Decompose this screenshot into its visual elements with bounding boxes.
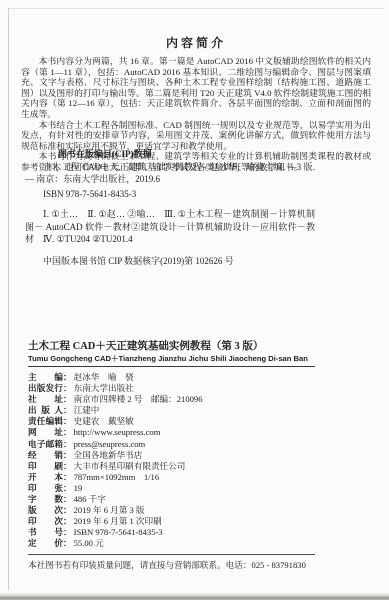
colophon-row-separator: ： [63, 372, 72, 383]
colophon-row-label: 印张 [28, 483, 63, 494]
colophon-rows: 主编：赵冰华 喻 骁 出版发行：东南大学出版社 社址：南京市四牌楼 2 号 邮编… [28, 372, 315, 550]
colophon-row-separator: ： [63, 483, 72, 494]
cip-registration: 中国版本图书馆 CIP 数据核字(2019)第 102626 号 [25, 255, 315, 268]
colophon-row-label: 开本 [28, 472, 63, 483]
colophon-row: 电子邮箱：press@seupress.com [28, 439, 315, 450]
colophon-row-value: 787mm×1092mm 1/16 [74, 472, 160, 483]
divider-under-title [28, 366, 315, 367]
cip-classification: Ⅰ. ①土… Ⅱ. ①赵… ②喻… Ⅲ. ①土木工程－建筑制图－计算机制图－ A… [25, 208, 315, 246]
colophon-row: 字数：486 千字 [28, 494, 315, 505]
colophon-row-value: 赵冰华 喻 骁 [74, 372, 134, 383]
colophon-row: 印次：2019 年 6 月第 1 次印刷 [28, 516, 315, 527]
colophon-row-label: 印次 [28, 516, 63, 527]
colophon-row-label: 社址 [28, 394, 63, 405]
scan-edge-top [8, 8, 385, 9]
cip-section: 图书在版编目(CIP)数据 土木工程 CAD＋天正建筑基础实例教程 / 赵冰华，… [25, 148, 315, 267]
colophon-row-label: 版次 [28, 505, 63, 516]
colophon-row-value: ISBN 978-7-5641-8435-3 [74, 527, 163, 538]
colophon-row-separator: ： [63, 439, 72, 450]
colophon-row: 经销：全国各地新华书店 [28, 450, 315, 461]
cip-isbn: ISBN 978-7-5641-8435-3 [25, 188, 315, 201]
colophon-row: 社址：南京市四牌楼 2 号 邮编：210096 [28, 394, 315, 405]
colophon-row: 印刷：大丰市科星印刷有限责任公司 [28, 461, 315, 472]
colophon-row: 版次：2019 年 6 月第 3 版 [28, 505, 315, 516]
colophon-row-label: 出版发行 [28, 383, 63, 394]
colophon-row-label: 责任编辑 [28, 416, 63, 427]
colophon-row: 出版人：江建中 [28, 405, 315, 416]
summary-title: 内容简介 [21, 34, 371, 51]
colophon-row-separator: ： [63, 516, 72, 527]
colophon-row-separator: ： [63, 450, 72, 461]
colophon-row-separator: ： [63, 505, 72, 516]
colophon-row-separator: ： [63, 383, 72, 394]
colophon-row-separator: ： [63, 394, 72, 405]
colophon-row-value: 486 千字 [74, 494, 106, 505]
colophon-row-value: 南京市四牌楼 2 号 邮编：210096 [74, 394, 203, 405]
colophon-row-value: http://www.seupress.com [74, 427, 161, 438]
colophon-row-separator: ： [63, 427, 72, 438]
colophon-row-value: 大丰市科星印刷有限责任公司 [74, 461, 186, 472]
quality-note: 本社图书若有印装质量问题，请直接与营销部联系。电话：025 - 83791830 [28, 560, 315, 571]
colophon-row-label: 电子邮箱 [28, 439, 63, 450]
colophon-pinyin-title: Tumu Gongcheng CAD＋Tianzheng Jianzhu Jic… [28, 354, 315, 363]
colophon-row: 书号：ISBN 978-7-5641-8435-3 [28, 527, 315, 538]
colophon-row: 开本：787mm×1092mm 1/16 [28, 472, 315, 483]
colophon-row-value: 2019 年 6 月第 3 版 [74, 505, 145, 516]
summary-paragraph-1: 本书内容分为两篇，共 16 章。第一篇是 AutoCAD 2016 中文版辅助绘… [21, 56, 371, 120]
summary-paragraph-2: 本书结合土木工程各制图标准、CAD 制图统一规则以及专业规范等，以易学实用为出发… [21, 120, 371, 152]
colophon-row: 责任编辑：史建农 戴坚敏 [28, 416, 315, 427]
cip-entry: 土木工程 CAD＋天正建筑基础实例教程 / 赵冰华，喻骁主编. —3 版. — … [25, 161, 315, 186]
colophon-row: 主编：赵冰华 喻 骁 [28, 372, 315, 383]
colophon-row-separator: ： [63, 472, 72, 483]
colophon-row-label: 定价 [28, 538, 63, 549]
colophon-row-label: 经销 [28, 450, 63, 461]
colophon-row-label: 书号 [28, 527, 63, 538]
colophon-row-separator: ： [63, 405, 72, 416]
colophon-row-label: 出版人 [28, 405, 63, 416]
colophon-row-separator: ： [63, 527, 72, 538]
colophon-row-separator: ： [63, 538, 72, 549]
colophon-row-value: 史建农 戴坚敏 [74, 416, 134, 427]
colophon-row-separator: ： [63, 461, 72, 472]
colophon-row-separator: ： [63, 416, 72, 427]
colophon-row-value: 东南大学出版社 [74, 383, 134, 394]
colophon-section: 土木工程 CAD＋天正建筑基础实例教程（第 3 版） Tumu Gongchen… [28, 341, 315, 571]
colophon-row-value: 全国各地新华书店 [74, 450, 143, 461]
colophon-row: 出版发行：东南大学出版社 [28, 383, 315, 394]
colophon-row-label: 印刷 [28, 461, 63, 472]
scan-edge-left [8, 8, 9, 590]
colophon-row: 定价：55.00 元 [28, 538, 315, 549]
book-copyright-page: 内容简介 本书内容分为两篇，共 16 章。第一篇是 AutoCAD 2016 中… [0, 0, 389, 600]
colophon-row-label: 网址 [28, 427, 63, 438]
scan-edge-bottom [0, 592, 389, 600]
cip-heading: 图书在版编目(CIP)数据 [25, 148, 315, 161]
colophon-row: 网址：http://www.seupress.com [28, 427, 315, 438]
colophon-row-value: press@seupress.com [74, 439, 146, 450]
colophon-row-value: 2019 年 6 月第 1 次印刷 [74, 516, 162, 527]
colophon-row: 印张：19 [28, 483, 315, 494]
colophon-row-value: 55.00 元 [74, 538, 104, 549]
colophon-row-separator: ： [63, 494, 72, 505]
divider-above-note [28, 554, 315, 555]
colophon-book-title: 土木工程 CAD＋天正建筑基础实例教程（第 3 版） [28, 341, 315, 353]
colophon-row-value: 19 [74, 483, 83, 494]
colophon-row-value: 江建中 [74, 405, 100, 416]
colophon-row-label: 主编 [28, 372, 63, 383]
colophon-row-label: 字数 [28, 494, 63, 505]
